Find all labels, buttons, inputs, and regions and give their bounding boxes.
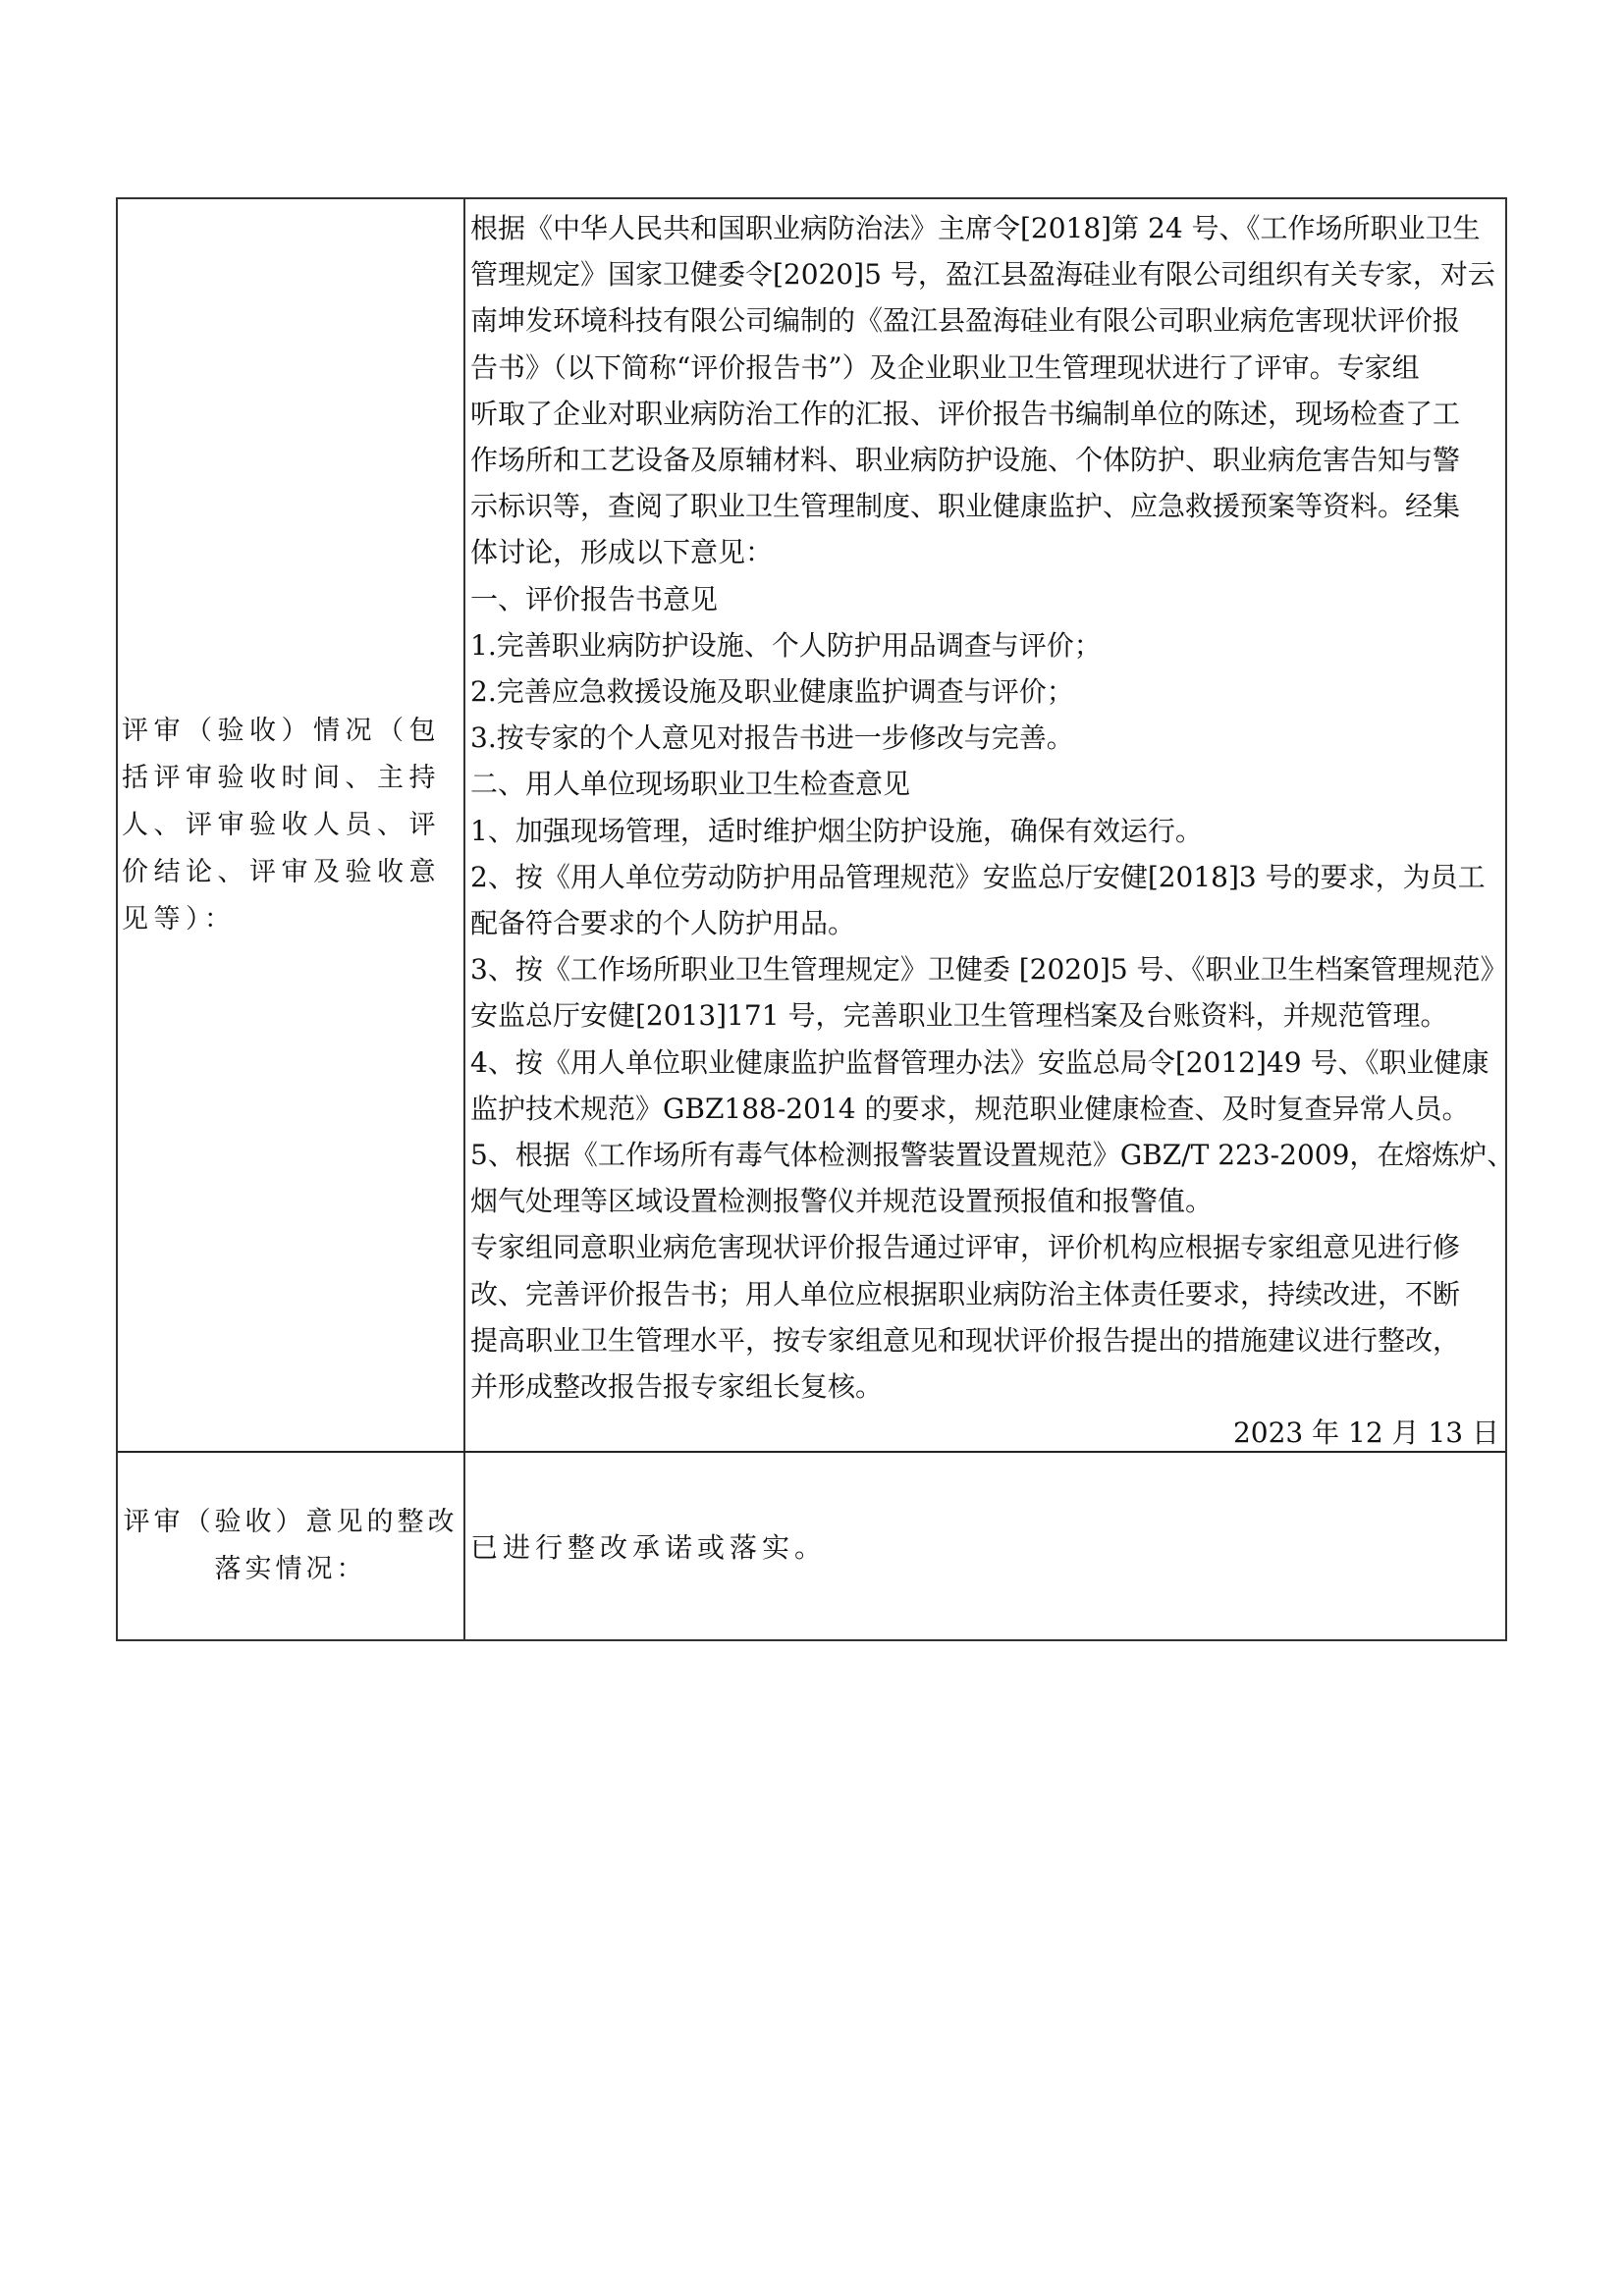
text-line: 示标识等，查阅了职业卫生管理制度、职业健康监护、应急救援预案等资料。经集 — [470, 483, 1501, 529]
review-situation-row: 评审（验收）情况（包 括评审验收时间、主持 人、评审验收人员、评 价结论、评审及… — [118, 199, 1505, 1453]
label-line: 落实情况： — [118, 1546, 463, 1593]
list-item: 烟气处理等区域设置检测报警仪并规范设置预报值和报警值。 — [470, 1178, 1501, 1224]
review-table: 评审（验收）情况（包 括评审验收时间、主持 人、评审验收人员、评 价结论、评审及… — [116, 197, 1507, 1641]
rectification-status: 已进行整改承诺或落实。 — [470, 1453, 827, 1639]
label-line: 价结论、评审及验收意 — [122, 849, 463, 896]
list-item: 2.完善应急救援设施及职业健康监护调查与评价； — [470, 668, 1501, 715]
list-item: 1.完善职业病防护设施、个人防护用品调查与评价； — [470, 622, 1501, 668]
label-line: 见等）： — [122, 896, 463, 943]
review-date: 2023 年 12 月 13 日 — [470, 1410, 1501, 1456]
text-line: 根据《中华人民共和国职业病防治法》主席令[2018]第 24 号、《工作场所职业… — [470, 205, 1501, 251]
list-item: 4、按《用人单位职业健康监护监督管理办法》安监总局令[2012]49 号、《职业… — [470, 1040, 1501, 1086]
text-line: 作场所和工艺设备及原辅材料、职业病防护设施、个体防护、职业病危害告知与警 — [470, 437, 1501, 483]
label-line: 评审（验收）意见的整改 — [118, 1499, 463, 1546]
text-line: 听取了企业对职业病防治工作的汇报、评价报告书编制单位的陈述，现场检查了工 — [470, 391, 1501, 437]
label-line: 评审（验收）情况（包 — [122, 708, 463, 755]
list-item: 3、按《工作场所职业卫生管理规定》卫健委 [2020]5 号、《职业卫生档案管理… — [470, 946, 1501, 992]
list-item: 5、根据《工作场所有毒气体检测报警装置设置规范》GBZ/T 223-2009，在… — [470, 1132, 1501, 1178]
review-situation-label: 评审（验收）情况（包 括评审验收时间、主持 人、评审验收人员、评 价结论、评审及… — [118, 708, 463, 943]
list-item: 监护技术规范》GBZ188-2014 的要求，规范职业健康检查、及时复查异常人员… — [470, 1086, 1501, 1132]
label-line: 人、评审验收人员、评 — [122, 802, 463, 849]
rectification-content-cell: 已进行整改承诺或落实。 — [465, 1453, 1505, 1639]
review-situation-label-cell: 评审（验收）情况（包 括评审验收时间、主持 人、评审验收人员、评 价结论、评审及… — [118, 199, 465, 1451]
text-line: 改、完善评价报告书；用人单位应根据职业病防治主体责任要求，持续改进，不断 — [470, 1271, 1501, 1317]
rectification-row: 评审（验收）意见的整改 落实情况： 已进行整改承诺或落实。 — [118, 1453, 1505, 1639]
text-line: 南坤发环境科技有限公司编制的《盈江县盈海硅业有限公司职业病危害现状评价报 — [470, 297, 1501, 344]
section-heading: 一、评价报告书意见 — [470, 576, 1501, 622]
list-item: 3.按专家的个人意见对报告书进一步修改与完善。 — [470, 715, 1501, 761]
rectification-label: 评审（验收）意见的整改 落实情况： — [118, 1499, 463, 1593]
rectification-label-cell: 评审（验收）意见的整改 落实情况： — [118, 1453, 465, 1639]
review-situation-content-cell: 根据《中华人民共和国职业病防治法》主席令[2018]第 24 号、《工作场所职业… — [465, 199, 1505, 1451]
text-line: 体讨论，形成以下意见： — [470, 529, 1501, 575]
section-heading: 二、用人单位现场职业卫生检查意见 — [470, 761, 1501, 807]
label-line: 括评审验收时间、主持 — [122, 755, 463, 802]
text-line: 提高职业卫生管理水平，按专家组意见和现状评价报告提出的措施建议进行整改， — [470, 1317, 1501, 1363]
text-line: 告书》（以下简称“评价报告书”）及企业职业卫生管理现状进行了评审。专家组 — [470, 345, 1501, 391]
list-item: 2、按《用人单位劳动防护用品管理规范》安监总厅安健[2018]3 号的要求，为员… — [470, 854, 1501, 900]
list-item: 1、加强现场管理，适时维护烟尘防护设施，确保有效运行。 — [470, 808, 1501, 854]
list-item: 配备符合要求的个人防护用品。 — [470, 900, 1501, 946]
list-item: 安监总厅安健[2013]171 号，完善职业卫生管理档案及台账资料，并规范管理。 — [470, 992, 1501, 1039]
text-line: 管理规定》国家卫健委令[2020]5 号，盈江县盈海硅业有限公司组织有关专家，对… — [470, 251, 1501, 297]
text-line: 并形成整改报告报专家组长复核。 — [470, 1363, 1501, 1410]
text-line: 专家组同意职业病危害现状评价报告通过评审，评价机构应根据专家组意见进行修 — [470, 1224, 1501, 1270]
review-opinion-text: 根据《中华人民共和国职业病防治法》主席令[2018]第 24 号、《工作场所职业… — [470, 205, 1501, 1456]
